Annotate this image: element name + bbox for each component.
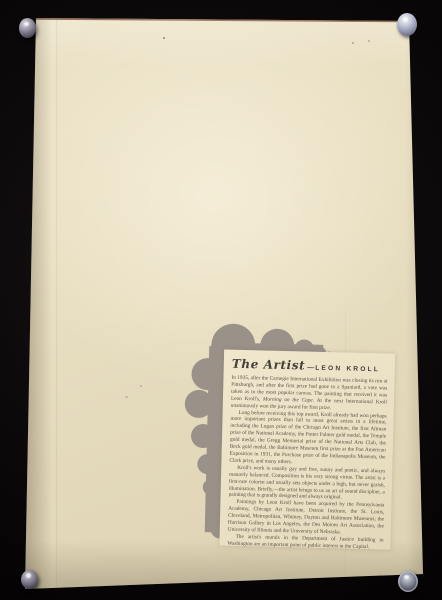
poster-paper: The Artist — LEON KROLL In 1935, after t… [0,0,442,600]
paragraph: In 1935, after the Carnegie Internationa… [231,375,388,413]
paragraph: Paintings by Leon Kroll have been acquir… [228,499,385,537]
artist-text-panel: The Artist — LEON KROLL In 1935, after t… [219,350,395,550]
lighting-shade-right [406,0,432,600]
dust-speck [140,385,142,387]
photo-background: The Artist — LEON KROLL In 1935, after t… [0,0,442,600]
artist-biography: In 1935, after the Carnegie Internationa… [227,375,387,551]
paragraph: Kroll's work is usually gay and free, su… [229,464,386,502]
pushpin-top-right [397,13,417,36]
dust-speck [125,396,128,398]
pin-highlight [24,22,29,26]
artist-name: LEON KROLL [315,365,380,374]
title-dash: — [307,365,314,372]
dust-speck [368,40,370,42]
dust-speck [163,37,165,39]
pushpin-top-left [19,18,36,38]
pushpin-bottom-left [21,570,38,589]
pin-highlight [404,575,410,580]
pushpin-bottom-right [398,571,418,592]
lighting-shade-top [0,18,442,68]
crease-line [56,19,58,587]
pin-highlight [26,573,31,577]
paragraph: Long before receiving this top award, Kr… [229,409,386,468]
lighting-shade-left [22,0,52,600]
title-script-text: The Artist [232,357,306,373]
dust-speck [352,42,354,44]
artist-title: The Artist — LEON KROLL [232,357,388,375]
pin-highlight [403,17,409,22]
artist-block: The Artist — LEON KROLL In 1935, after t… [178,316,404,559]
